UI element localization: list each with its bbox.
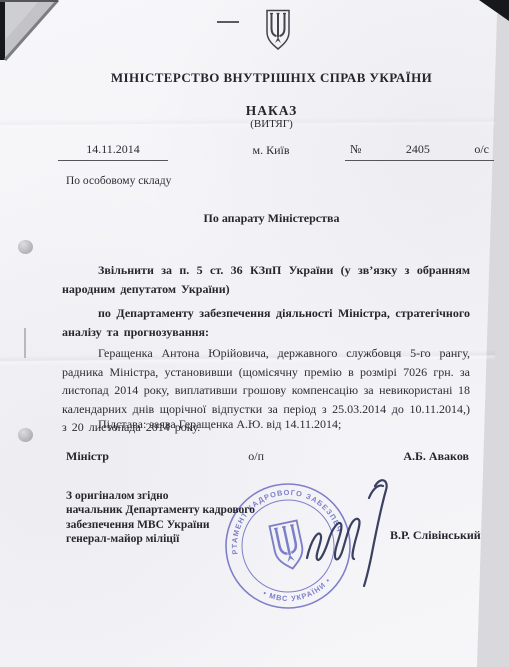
scratch-mark: [24, 328, 26, 358]
handwritten-signature: [295, 476, 395, 594]
section-heading: По апарату Міністерства: [58, 211, 485, 226]
minister-name: А.Б. Аваков: [403, 449, 469, 464]
pen-dash: [217, 21, 239, 23]
order-number: № 2405 о/с: [345, 142, 494, 161]
minister-row: Міністр о/п А.Б. Аваков: [66, 449, 469, 464]
order-date: 14.11.2014: [58, 142, 168, 161]
scanner-edge-strip: [475, 0, 509, 667]
staff-category-line: По особовому складу: [66, 175, 171, 187]
folded-corner: [0, 0, 62, 64]
number-value: 2405: [406, 142, 430, 157]
hole-punch: [18, 428, 33, 442]
ministry-title: МІНІСТЕРСТВО ВНУТРІШНІХ СПРАВ УКРАЇНИ: [58, 70, 485, 86]
dismissal-paragraph: Звільнити за п. 5 ст. 36 КЗпП України (у…: [62, 261, 470, 299]
order-title: НАКАЗ: [58, 103, 485, 119]
number-sign: №: [350, 142, 361, 157]
minister-label: Міністр: [66, 449, 109, 464]
signed-notation: о/п: [248, 449, 264, 464]
paper-sheet: МІНІСТЕРСТВО ВНУТРІШНІХ СПРАВ УКРАЇНИ НА…: [0, 0, 509, 667]
scanned-document: МІНІСТЕРСТВО ВНУТРІШНІХ СПРАВ УКРАЇНИ НА…: [0, 0, 509, 667]
order-city: м. Київ: [228, 143, 314, 158]
tryzub-icon: [263, 9, 293, 51]
certifier-name: В.Р. Слівінський: [390, 528, 481, 543]
department-paragraph: по Департаменту забезпечення діяльності …: [62, 304, 470, 342]
basis-line: Підстава: заява Геращенка А.Ю. від 14.11…: [98, 417, 341, 432]
hole-punch: [18, 240, 33, 254]
number-suffix: о/с: [474, 142, 489, 157]
order-subtitle: (ВИТЯГ): [58, 118, 485, 130]
